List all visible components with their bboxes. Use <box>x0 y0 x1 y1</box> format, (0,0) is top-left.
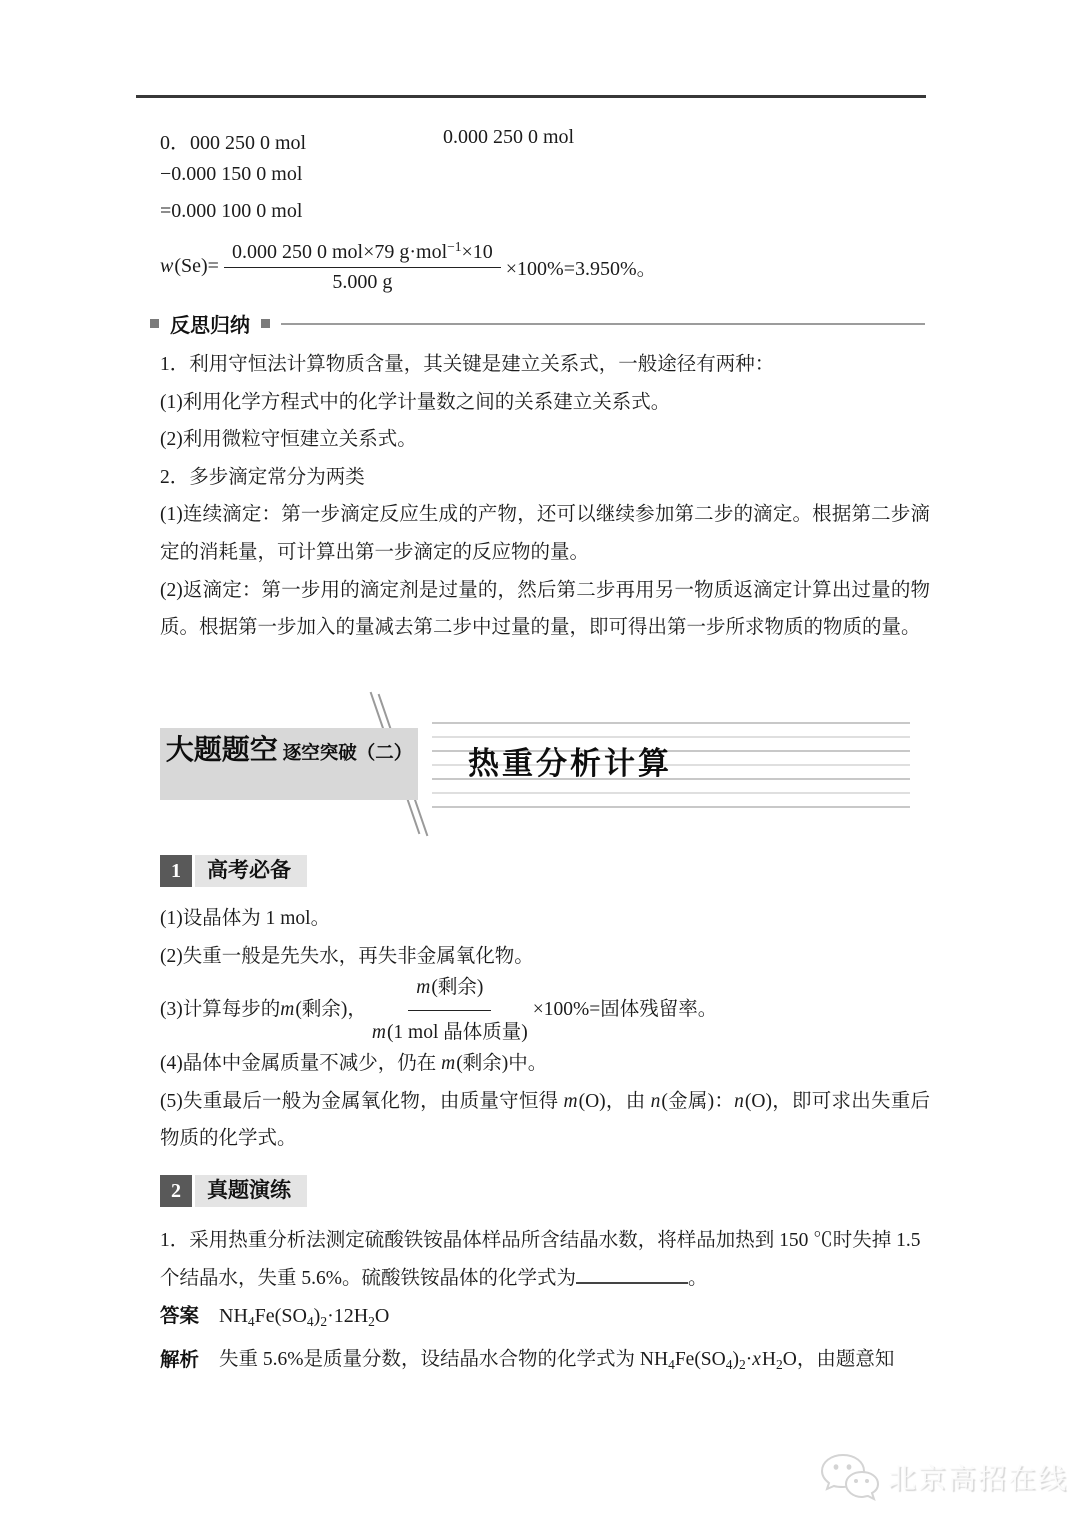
reflect-body: 1．利用守恒法计算物质含量，其关键是建立关系式，一般途径有两种： (1)利用化学… <box>160 346 930 647</box>
fraction-numerator: m(剩余) <box>408 969 491 1011</box>
paragraph: (4)晶体中金属质量不减少，仍在 m(剩余)中。 <box>160 1045 930 1083</box>
formula-prefix: (3)计算每步的 <box>160 991 280 1029</box>
text-segment: (O)，由 <box>579 1091 651 1112</box>
formula-lhs: (Se)= <box>174 255 219 278</box>
watermark-label: 北京高招在线 <box>888 1457 1068 1497</box>
text-segment: 。 <box>688 1268 708 1289</box>
residue-rate-formula: (3)计算每步的 m (剩余)， m(剩余) m(1 mol 晶体质量) ×10… <box>160 975 930 1045</box>
subscript: 2 <box>739 1357 746 1372</box>
paragraph: (2)失重一般是先失水，再失非金属氧化物。 <box>160 938 930 976</box>
paragraph: 1．利用守恒法计算物质含量，其关键是建立关系式，一般途径有两种： <box>160 346 930 384</box>
formula-variable: m <box>564 1091 579 1112</box>
marker-square-icon <box>261 319 270 328</box>
real-questions-body: 1．采用热重分析法测定硫酸铁铵晶体样品所含结晶水数，将样品加热到 150 ℃时失… <box>160 1222 930 1384</box>
speed-line <box>432 806 910 808</box>
question-line: 1．采用热重分析法测定硫酸铁铵晶体样品所含结晶水数，将样品加热到 150 ℃时失… <box>160 1222 930 1260</box>
answer-row: 答案 NH4Fe(SO4)2·12H2O <box>160 1297 930 1341</box>
numerator-text: (剩余) <box>431 977 483 998</box>
analysis-label: 解析 <box>160 1341 199 1384</box>
text-segment: (4)晶体中金属质量不减少，仍在 <box>160 1053 441 1074</box>
paragraph: (5)失重最后一般为金属氧化物，由质量守恒得 m(O)，由 n(金属)：n(O)… <box>160 1083 930 1158</box>
banner-title-sub: 逐空突破（二） <box>283 739 413 765</box>
subscript: 2 <box>368 1314 375 1329</box>
calc-row: 0．000 250 0 mol 0.000 250 0 mol <box>160 126 930 152</box>
calc-value: =0.000 100 0 mol <box>160 200 302 222</box>
analysis-text: 失重 5.6%是质量分数，设结晶水合物的化学式为 NH4Fe(SO4)2·xH2… <box>219 1341 894 1384</box>
formula-result: ×100%=3.950%。 <box>506 252 657 281</box>
fraction-denominator: 5.000 g <box>332 268 392 294</box>
denominator-text: (1 mol 晶体质量) <box>387 1022 528 1043</box>
text-segment: 失重 5.6%是质量分数，设结晶水合物的化学式为 NH <box>219 1349 668 1370</box>
header-rule-line <box>281 323 925 325</box>
calc-value-left: 0．000 250 0 mol <box>160 132 306 154</box>
formula-variable: m <box>416 977 431 998</box>
paragraph: (2)利用微粒守恒建立关系式。 <box>160 421 930 459</box>
text-segment: O，由题意知 <box>783 1349 895 1370</box>
exam-essentials-body: (1)设晶体为 1 mol。 (2)失重一般是先失水，再失非金属氧化物。 (3)… <box>160 900 930 1158</box>
question-line: 个结晶水，失重 5.6%。硫酸铁铵晶体的化学式为。 <box>160 1260 930 1298</box>
formula-variable: m <box>441 1053 456 1074</box>
calc-row: =0.000 100 0 mol <box>160 200 930 226</box>
calc-value-right: 0.000 250 0 mol <box>443 126 574 149</box>
formula-variable: n <box>734 1091 745 1112</box>
marker-square-icon <box>150 319 159 328</box>
text-segment: (剩余)中。 <box>456 1053 547 1074</box>
formula-variable: m <box>372 1022 387 1043</box>
reflect-section-header: 反思归纳 <box>150 309 925 338</box>
banner-title-box: 大题题空 逐空突破（二） <box>160 728 418 800</box>
text-segment: Fe(SO <box>255 1305 307 1327</box>
formula-prefix-2: (剩余)， <box>295 991 367 1029</box>
subscript: 2 <box>776 1357 783 1372</box>
badge-title: 真题演练 <box>195 1175 307 1207</box>
mass-fraction-formula: w (Se)= 0.000 250 0 mol×79 g·mol−1×10 5.… <box>160 234 930 298</box>
calculation-block: 0．000 250 0 mol 0.000 250 0 mol −0.000 1… <box>160 126 930 298</box>
numerator-text: 0.000 250 0 mol×79 g·mol <box>232 241 447 263</box>
formula-variable: m <box>280 991 295 1029</box>
paragraph: (1)利用化学方程式中的化学计量数之间的关系建立关系式。 <box>160 384 930 422</box>
subscript: 4 <box>668 1357 675 1372</box>
answer-label: 答案 <box>160 1297 199 1341</box>
fraction: m(剩余) m(1 mol 晶体质量) <box>372 969 528 1051</box>
formula-variable: x <box>752 1349 762 1370</box>
analysis-row: 解析 失重 5.6%是质量分数，设结晶水合物的化学式为 NH4Fe(SO4)2·… <box>160 1341 930 1384</box>
paragraph: 2．多步滴定常分为两类 <box>160 459 930 497</box>
badge-number: 2 <box>160 1175 192 1207</box>
answer-formula: NH4Fe(SO4)2·12H2O <box>219 1297 389 1341</box>
text-segment: (金属)： <box>661 1091 734 1112</box>
wechat-icon <box>818 1452 882 1502</box>
text-segment: O <box>375 1305 389 1327</box>
formula-variable: n <box>651 1091 662 1112</box>
text-segment: ·12H <box>327 1305 368 1327</box>
text-segment: NH <box>219 1305 248 1327</box>
banner-title-main: 大题题空 <box>166 728 278 768</box>
document-page: 0．000 250 0 mol 0.000 250 0 mol −0.000 1… <box>0 0 1080 1527</box>
speed-line <box>432 722 910 724</box>
subscript: 4 <box>307 1314 314 1329</box>
section-badge-real-questions: 2 真题演练 <box>160 1175 307 1207</box>
calc-value: −0.000 150 0 mol <box>160 163 302 185</box>
text-segment: 个结晶水，失重 5.6%。硫酸铁铵晶体的化学式为 <box>160 1268 576 1289</box>
formula-variable: w <box>160 255 174 278</box>
badge-title: 高考必备 <box>195 855 307 887</box>
fraction-numerator: 0.000 250 0 mol×79 g·mol−1×10 <box>224 239 501 268</box>
badge-number: 1 <box>160 855 192 887</box>
paragraph: (1)连续滴定：第一步滴定反应生成的产物，还可以继续参加第二步的滴定。根据第二步… <box>160 496 930 571</box>
exponent: −1 <box>447 239 461 254</box>
banner-topic-title: 热重分析计算 <box>468 738 672 783</box>
numerator-tail: ×10 <box>462 241 493 263</box>
calc-row: −0.000 150 0 mol <box>160 163 930 189</box>
answer-blank <box>576 1268 688 1284</box>
speed-line <box>432 792 910 794</box>
text-segment: Fe(SO <box>675 1349 726 1370</box>
top-divider-rule <box>136 95 926 98</box>
section-badge-exam-essentials: 1 高考必备 <box>160 855 307 887</box>
watermark: 北京高招在线 <box>818 1452 1068 1502</box>
text-segment: H <box>762 1349 776 1370</box>
paragraph: (2)返滴定：第一步用的滴定剂是过量的，然后第二步再用另一物质返滴定计算出过量的… <box>160 572 930 647</box>
formula-result: ×100%=固体残留率。 <box>533 991 718 1029</box>
text-segment: (5)失重最后一般为金属氧化物，由质量守恒得 <box>160 1091 564 1112</box>
subscript: 4 <box>248 1314 255 1329</box>
paragraph: (1)设晶体为 1 mol。 <box>160 900 930 938</box>
fraction: 0.000 250 0 mol×79 g·mol−1×10 5.000 g <box>224 239 501 294</box>
reflect-title: 反思归纳 <box>170 309 250 338</box>
chapter-banner: 大题题空 逐空突破（二） 热重分析计算 <box>160 692 930 827</box>
